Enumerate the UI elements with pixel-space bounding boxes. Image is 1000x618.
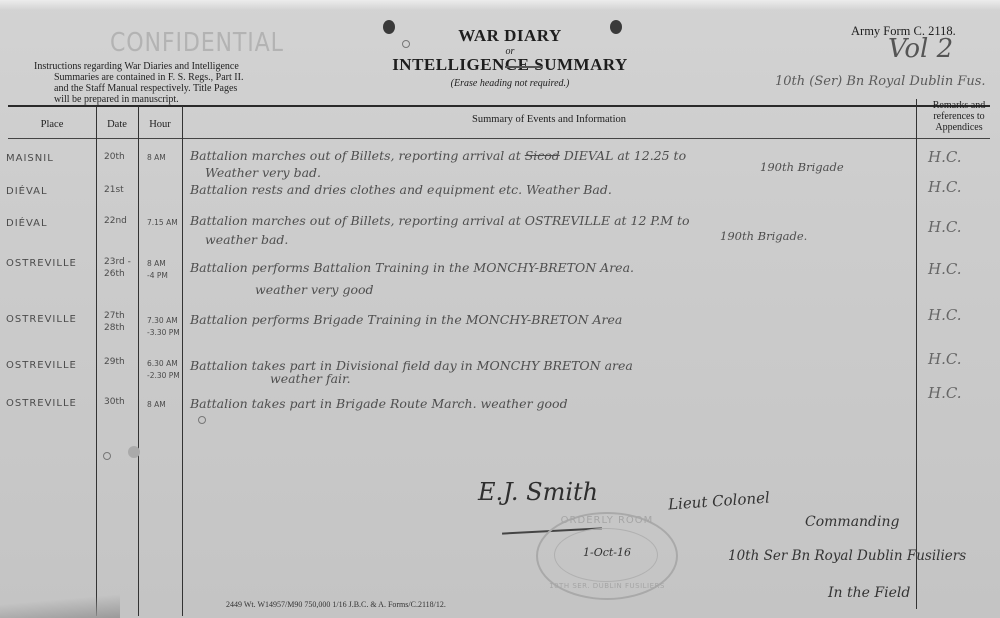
hour-end: -2.30 PM: [147, 370, 180, 382]
row-date: 21st: [104, 184, 124, 196]
hour-start: 8 AM: [147, 258, 168, 270]
row-summary: Battalion rests and dries clothes and eq…: [190, 182, 612, 197]
row-summary-line: weather very good: [255, 282, 374, 297]
document-title: WAR DIARY or INTELLIGENCE SUMMARY (Erase…: [380, 26, 640, 89]
row-summary-line: 190th Brigade: [760, 160, 844, 174]
row-place: OSTREVILLE: [6, 398, 77, 409]
stain-mark: [128, 446, 140, 458]
row-date: 23rd - 26th: [104, 256, 131, 280]
stamp-bottom-text: 10TH SER. DUBLIN FUSILIERS: [538, 582, 676, 590]
header-bottom-rule: [8, 138, 990, 139]
row-place: OSTREVILLE: [6, 258, 77, 269]
ring-mark: [103, 452, 111, 460]
instructions-line: will be prepared in manuscript.: [34, 94, 274, 105]
volume-label: Vol 2: [888, 34, 953, 64]
row-initials: H.C.: [928, 148, 962, 166]
row-date: 22nd: [104, 215, 127, 227]
instructions-line: and the Staff Manual respectively. Title…: [34, 83, 274, 94]
row-hour: 7.30 AM -3.30 PM: [147, 315, 180, 339]
row-hour: 6.30 AM -2.30 PM: [147, 358, 180, 382]
date-end: 26th: [104, 268, 131, 280]
column-divider: [182, 106, 183, 616]
signature-name: E.J. Smith: [478, 478, 598, 506]
signature-unit: 10th Ser Bn Royal Dublin Fusiliers: [728, 548, 966, 564]
date-start: 23rd -: [104, 256, 131, 268]
ring-mark: [198, 416, 206, 424]
row-place: OSTREVILLE: [6, 314, 77, 325]
remarks-line: Remarks and: [920, 100, 998, 111]
row-date: 20th: [104, 151, 125, 163]
stamp-top-text: ORDERLY ROOM: [538, 515, 676, 526]
row-summary-line: weather bad.: [205, 232, 288, 247]
instructions-text: Instructions regarding War Diaries and I…: [34, 61, 274, 105]
hour-end: -3.30 PM: [147, 327, 180, 339]
row-hour: 7.15 AM: [147, 217, 178, 229]
table-top-rule: [8, 105, 990, 107]
orderly-room-stamp: ORDERLY ROOM 1-Oct-16 10TH SER. DUBLIN F…: [536, 512, 678, 600]
row-hour: 8 AM: [147, 152, 166, 164]
title-intelligence-summary: INTELLIGENCE SUMMARY: [380, 55, 640, 75]
hour-start: 7.30 AM: [147, 315, 180, 327]
column-header-place: Place: [8, 119, 96, 130]
column-header-hour: Hour: [138, 119, 182, 130]
row-date: 29th: [104, 356, 125, 368]
unit-name: 10th (Ser) Bn Royal Dublin Fus.: [775, 74, 986, 89]
hour-end: -4 PM: [147, 270, 168, 282]
row-summary-line: Weather very bad.: [205, 165, 321, 180]
row-summary-line: weather fair.: [270, 371, 351, 386]
row-date: 30th: [104, 396, 125, 408]
signature-rank: Lieut Colonel: [667, 488, 770, 513]
column-header-date: Date: [96, 119, 138, 130]
row-summary: Battalion performs Battalion Training in…: [190, 260, 634, 275]
signature-role: Commanding: [805, 514, 899, 530]
stamp-date: 1-Oct-16: [538, 547, 676, 559]
row-place: MAISNIL: [6, 153, 54, 164]
row-summary: Battalion takes part in Brigade Route Ma…: [190, 396, 568, 411]
page-fold-shadow: [0, 588, 120, 618]
date-end: 28th: [104, 322, 125, 334]
row-summary: Battalion takes part in Divisional field…: [190, 358, 633, 373]
row-place: DIÉVAL: [6, 186, 48, 197]
row-summary: Battalion performs Brigade Training in t…: [190, 312, 622, 327]
strike-mark: [505, 66, 543, 68]
signature-location: In the Field: [828, 585, 910, 601]
hour-start: 6.30 AM: [147, 358, 180, 370]
instructions-line: Instructions regarding War Diaries and I…: [34, 61, 274, 72]
row-hour: 8 AM: [147, 399, 166, 411]
column-divider: [916, 99, 917, 609]
row-initials: H.C.: [928, 350, 962, 368]
row-summary: Battalion marches out of Billets, report…: [190, 213, 690, 228]
column-divider: [96, 106, 97, 616]
row-summary-line: 190th Brigade.: [720, 229, 807, 243]
row-initials: H.C.: [928, 218, 962, 236]
war-diary-page: CONFIDENTIAL Instructions regarding War …: [0, 0, 1000, 618]
row-summary: Battalion marches out of Billets, report…: [190, 148, 686, 163]
print-line: 2449 Wt. W14957/M90 750,000 1/16 J.B.C. …: [226, 600, 446, 609]
instructions-line: Summaries are contained in F. S. Regs., …: [34, 72, 274, 83]
title-text: INTELLIGENCE SUMMARY: [392, 55, 628, 74]
column-divider: [138, 106, 139, 616]
page-edge: [0, 0, 1000, 10]
column-header-remarks: Remarks and references to Appendices: [920, 100, 998, 133]
row-initials: H.C.: [928, 260, 962, 278]
title-note: (Erase heading not required.): [380, 78, 640, 89]
row-place: DIÉVAL: [6, 218, 48, 229]
row-initials: H.C.: [928, 178, 962, 196]
row-hour: 8 AM -4 PM: [147, 258, 168, 282]
date-start: 27th: [104, 310, 125, 322]
column-header-summary: Summary of Events and Information: [182, 114, 916, 125]
row-date: 27th 28th: [104, 310, 125, 334]
row-initials: H.C.: [928, 306, 962, 324]
confidential-watermark: CONFIDENTIAL: [110, 28, 284, 58]
title-war-diary: WAR DIARY: [380, 26, 640, 46]
row-place: OSTREVILLE: [6, 360, 77, 371]
row-initials: H.C.: [928, 384, 962, 402]
remarks-line: Appendices: [920, 122, 998, 133]
remarks-line: references to: [920, 111, 998, 122]
